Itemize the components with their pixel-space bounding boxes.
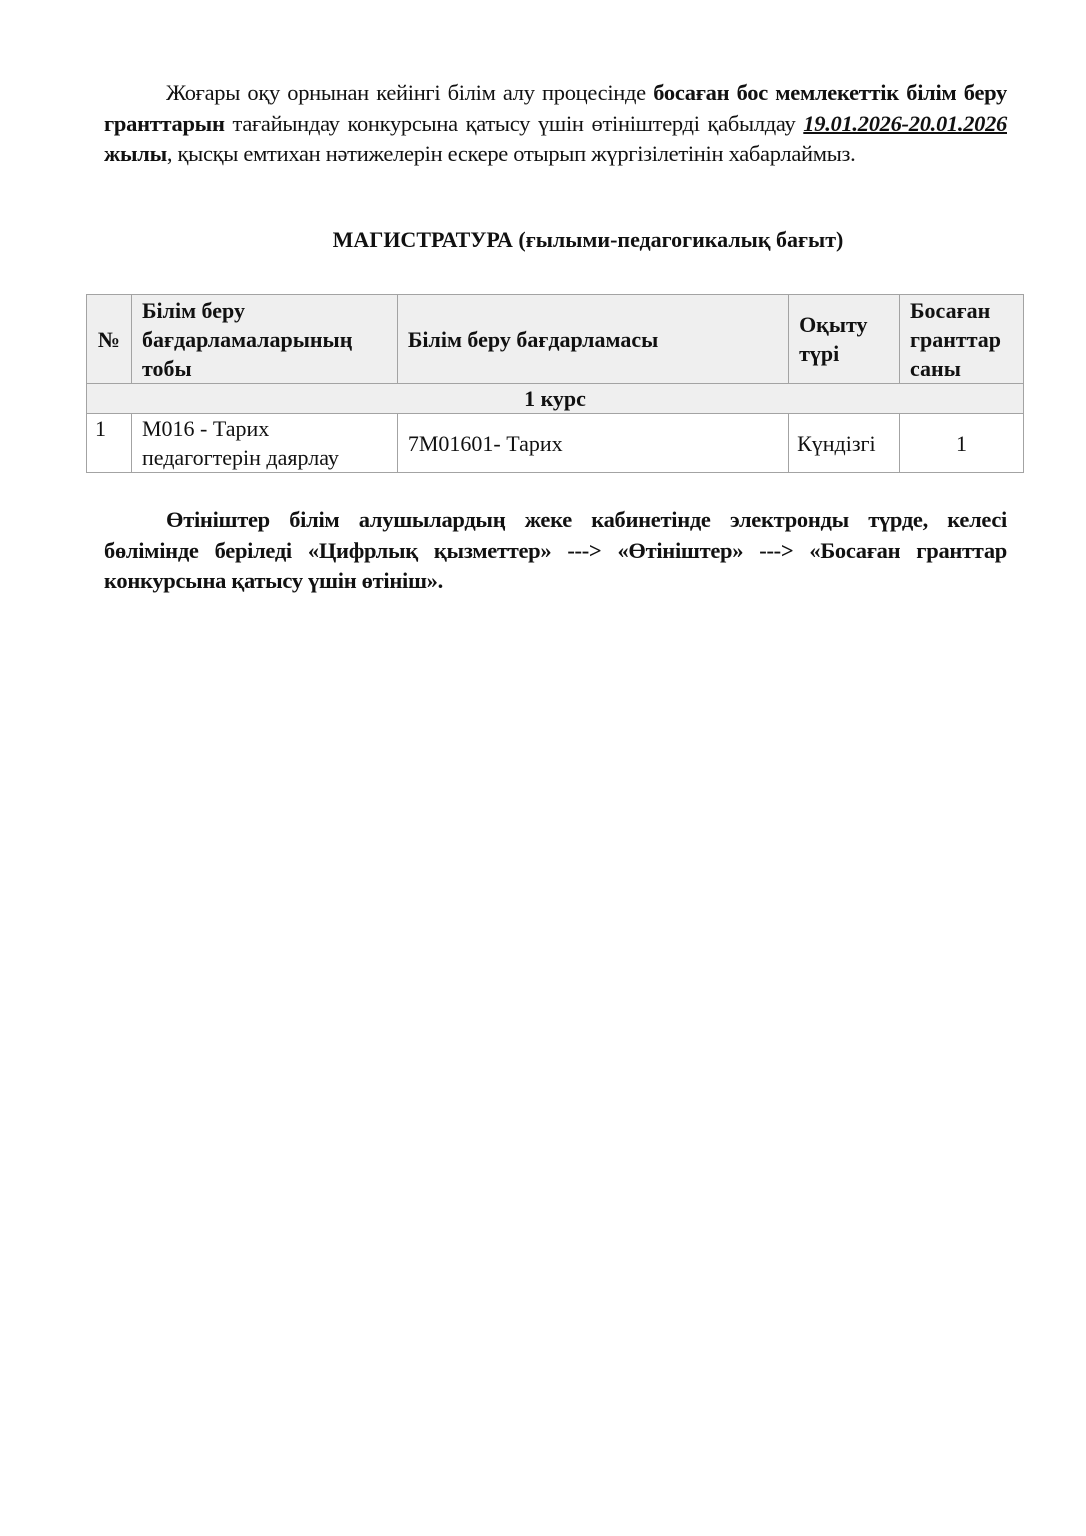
intro-paragraph: Жоғары оқу орнынан кейінгі білім алу про… (104, 78, 1007, 170)
table-header-row: № Білім беру бағдарламаларының тобы Білі… (87, 295, 1024, 384)
section-title: МАГИСТРАТУРА (ғылыми-педагогикалық бағыт… (0, 227, 1086, 253)
intro-text-1: Жоғары оқу орнынан кейінгі білім алу про… (166, 80, 653, 105)
table-row: 1 М016 - Тарих педагогтерін даярлау 7M01… (87, 414, 1024, 473)
row-program: 7M01601- Тарих (397, 414, 788, 473)
row-study-form: Күндізгі (789, 414, 900, 473)
row-program-group: М016 - Тарих педагогтерін даярлау (131, 414, 397, 473)
intro-bold-year: жылы (104, 141, 167, 166)
intro-text-3: , қысқы емтихан нәтижелерін ескере отыры… (167, 141, 856, 166)
row-vacant-grants: 1 (900, 414, 1024, 473)
header-study-form: Оқыту түрі (789, 295, 900, 384)
application-dates: 19.01.2026-20.01.2026 (803, 111, 1007, 136)
course-label: 1 курс (87, 384, 1024, 414)
intro-text-2: тағайындау конкурсына қатысу үшін өтініш… (225, 111, 804, 136)
header-vacant-grants: Босаған гранттар саны (900, 295, 1024, 384)
instructions-paragraph: Өтініштер білім алушылардың жеке кабинет… (104, 505, 1007, 597)
header-program-group: Білім беру бағдарламаларының тобы (131, 295, 397, 384)
header-number: № (87, 295, 132, 384)
header-program: Білім беру бағдарламасы (397, 295, 788, 384)
document-page: Жоғары оқу орнынан кейінгі білім алу про… (0, 0, 1086, 1536)
course-row: 1 курс (87, 384, 1024, 414)
grants-table: № Білім беру бағдарламаларының тобы Білі… (86, 294, 1024, 473)
row-number: 1 (87, 414, 132, 473)
